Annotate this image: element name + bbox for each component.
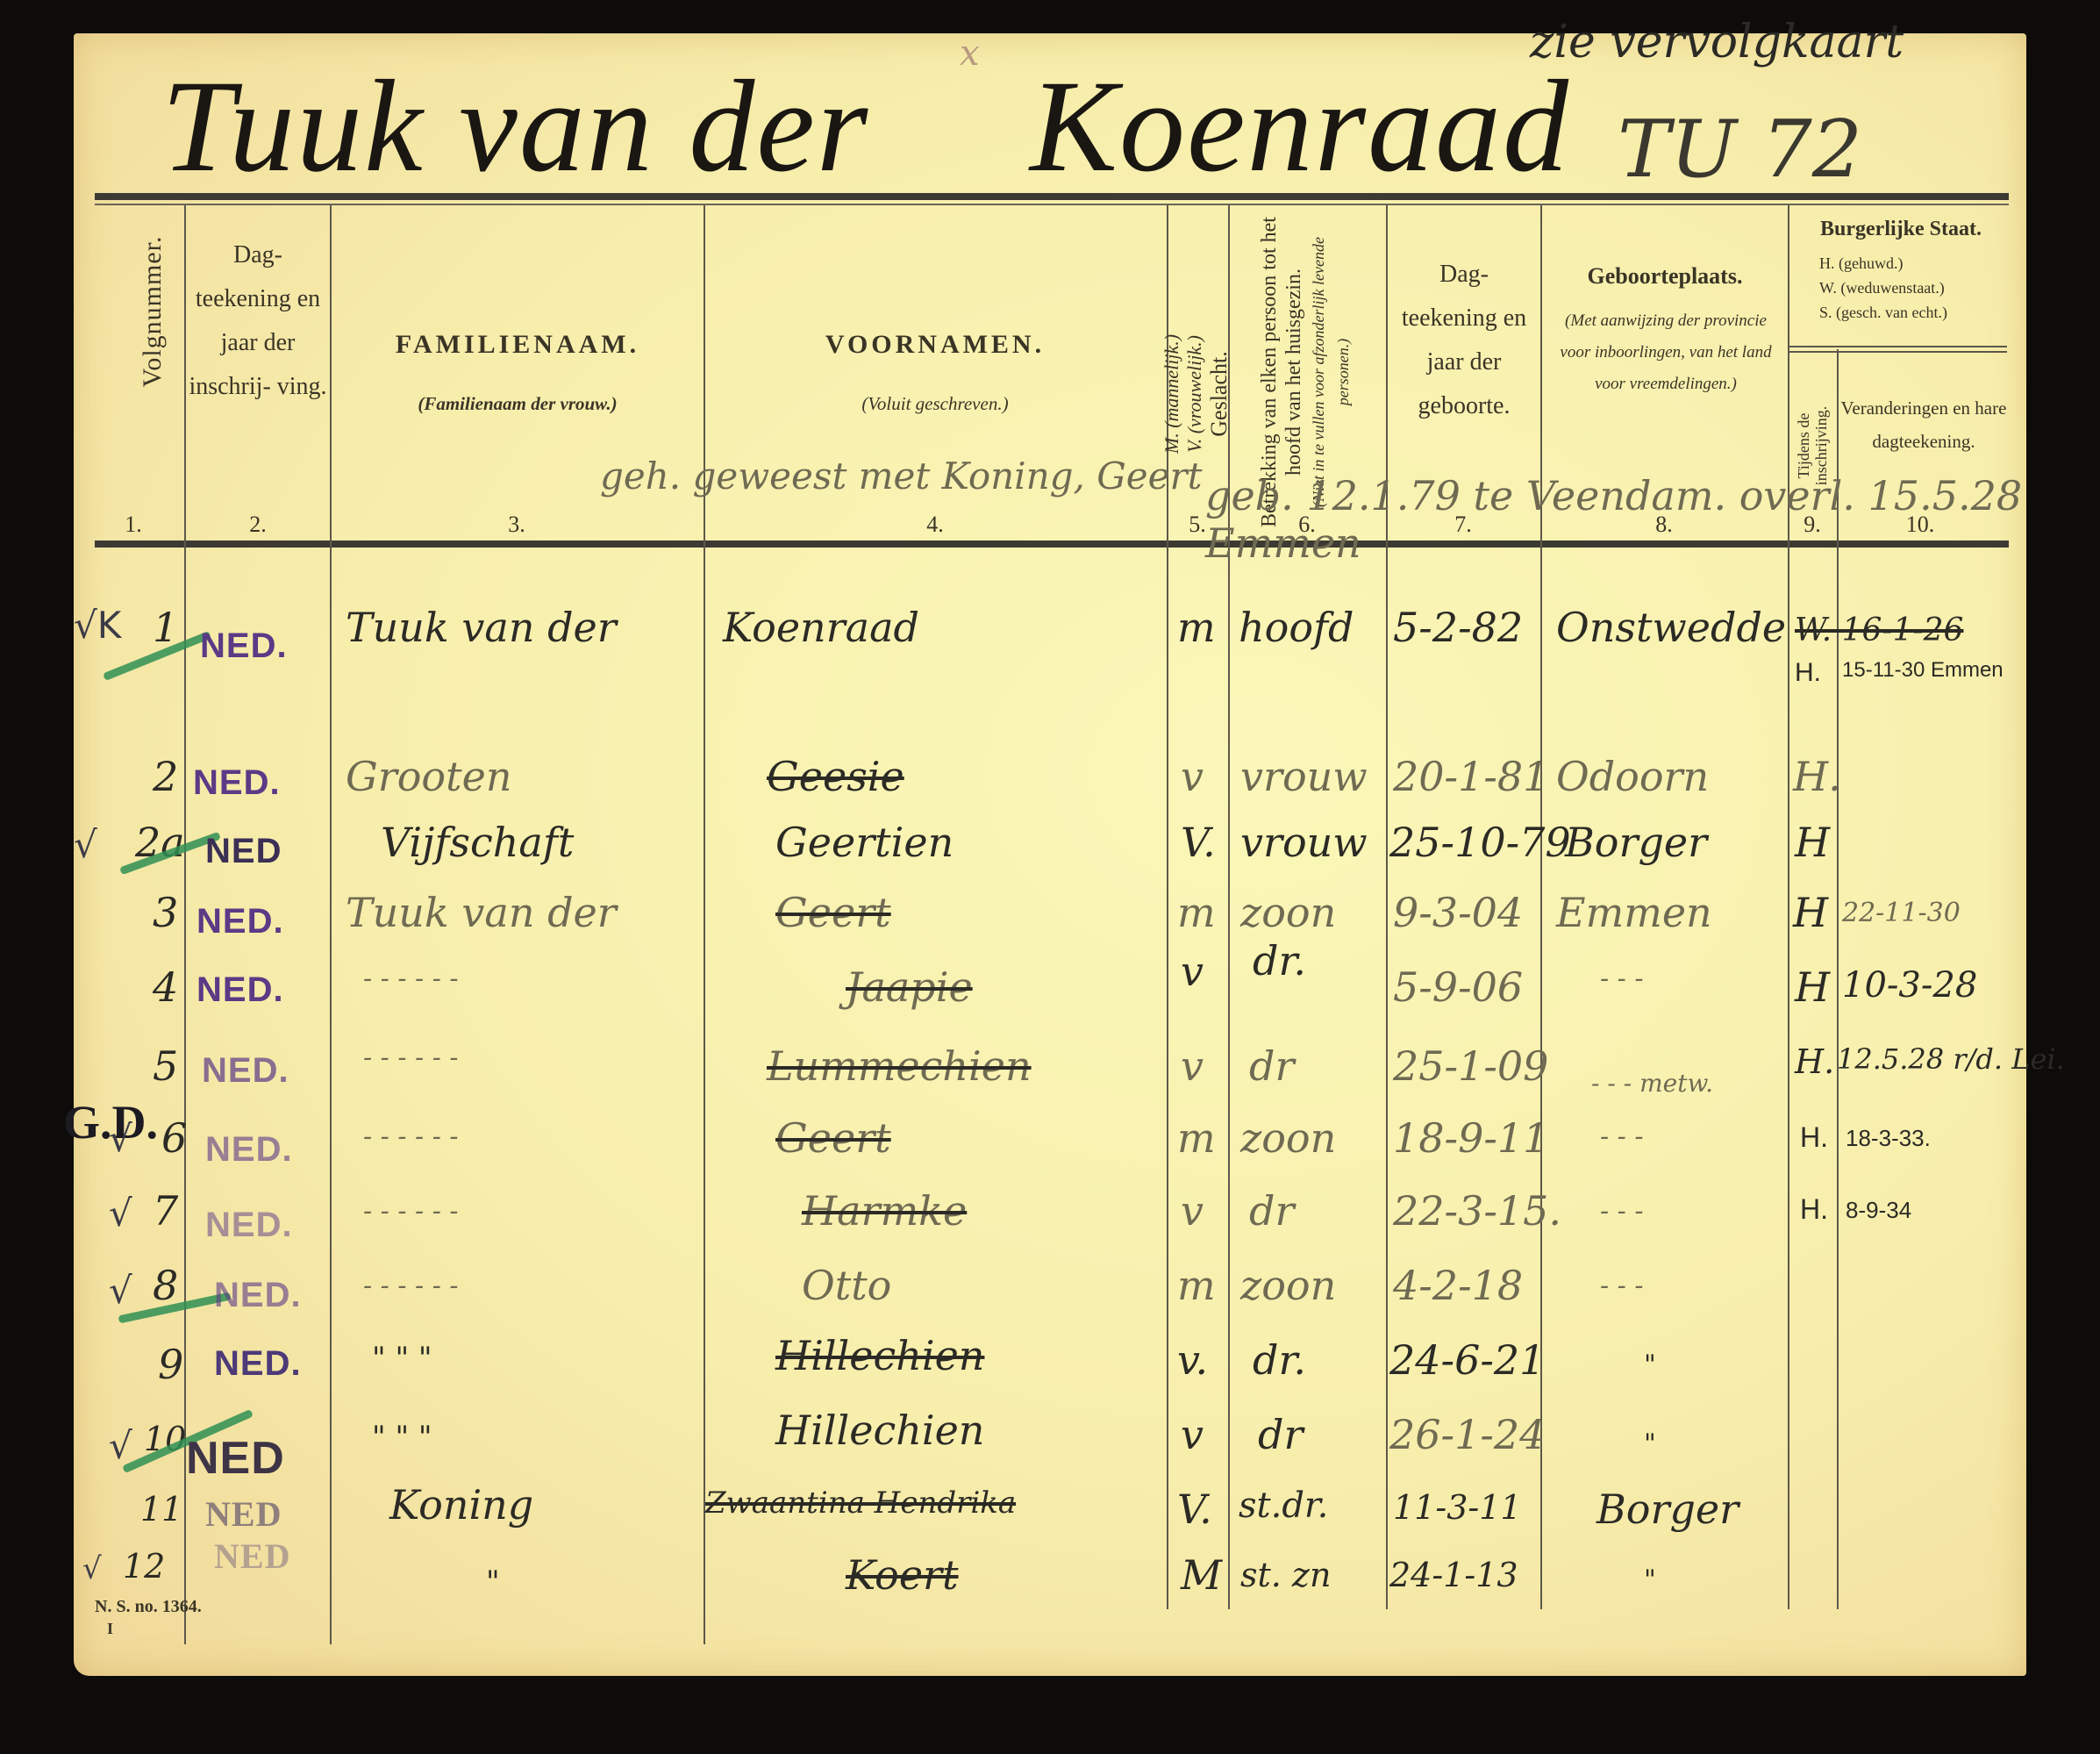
row-number: 6 [161,1114,187,1162]
sex: v [1181,1042,1204,1090]
heading-code: TU 72 [1618,104,1862,196]
header-burgerlijke-staat: Burgerlijke Staat. [1791,218,2011,241]
header-voornamen-sub: (Voluit geschreven.) [707,393,1163,415]
form-number: N. S. no. 1364. [95,1597,202,1617]
row-number: 2 [153,753,178,800]
check-mark: √K [74,604,121,647]
given-names: Otto [802,1262,891,1309]
row-number: 9 [158,1341,183,1388]
row-number: 11 [140,1490,182,1528]
sex: v. [1177,1336,1208,1384]
check-mark: √ [109,1117,132,1160]
birth-place: " [1644,1428,1656,1459]
row-number: 3 [153,889,178,936]
header-familienaam: FAMILIENAAM. [333,330,702,360]
birth-date: 20-1-81 [1393,753,1548,800]
birth-date: 25-1-09 [1393,1042,1548,1090]
birth-place: Borger [1596,1486,1739,1533]
surname: " " " [372,1420,432,1455]
given-names: Geesie [767,753,904,800]
birth-date: 11-3-11 [1393,1488,1522,1527]
relation: st.dr. [1239,1486,1328,1526]
nationality-stamp: NED [205,1493,282,1535]
civil-state: H. [1795,1042,1834,1081]
surname: Grooten [346,753,511,800]
row-number: 7 [153,1187,178,1235]
nationality-stamp: NED. [205,1130,293,1170]
heading-surname: Tuuk van der [161,51,869,202]
head-birth-note: geb. 12.1.79 te Veendam. overl. 15.5.28 … [1205,472,2026,567]
given-names: Zwaantina Hendrika [705,1486,1016,1521]
marriage-note: geh. geweest met Koning, Geert [600,455,1202,498]
given-names: Jaapie [846,963,973,1011]
row-number: 8 [153,1262,178,1309]
nationality-stamp: NED. [196,970,284,1010]
relation: dr [1249,1187,1294,1235]
col-divider-2 [330,205,332,1644]
colnum-2: 2. [249,512,267,538]
civil-state: H. [1793,753,1841,800]
header-geboorteplaats: Geboorteplaats. [1544,263,1786,290]
relation: zoon [1240,1114,1336,1162]
birth-date: 24-6-21 [1389,1336,1545,1384]
birth-place: Emmen [1556,889,1712,936]
relation: vrouw [1240,819,1368,866]
nationality-stamp: NED. [214,1276,302,1315]
check-mark: √ [82,1551,102,1586]
surname: - - - - - - [363,963,459,994]
header-geboorteplaats-sub: (Met aanwijzing der provincie voor inboo… [1556,305,1775,400]
given-names: Lummechien [767,1042,1032,1090]
top-note: zie vervolgkaart [1530,16,1904,68]
given-names: Harmke [802,1187,967,1235]
surname: - - - - - - [363,1042,459,1073]
birth-date: 4-2-18 [1393,1262,1523,1309]
sex: V. [1181,819,1216,866]
birth-date: 18-9-11 [1393,1114,1548,1162]
birth-place: Borger [1565,819,1707,866]
birth-date: 25-10-79 [1389,819,1571,866]
change-date: 22-11-30 [1842,898,1961,928]
birth-place: " [1644,1350,1656,1380]
header-dagteekening-inschrijving: Dag- teekening en jaar der inschrij- vin… [188,233,328,409]
relation: zoon [1240,1262,1336,1309]
legend-s: S. (gesch. van echt.) [1819,300,1995,325]
header-rule-top-thin [95,204,2009,205]
civil-state: H. [1795,658,1821,688]
surname: - - - - - - [363,1121,459,1152]
birth-place: Onstwedde [1556,604,1786,651]
birth-place: Odoorn [1556,753,1709,800]
relation: dr. [1253,937,1306,984]
form-sub: I [107,1620,113,1638]
row-number: 4 [153,963,178,1011]
change-date: 15-11-30 Emmen [1842,658,2004,683]
colnum-5: 5. [1189,512,1206,538]
change-date: 12.5.28 r/d. Lei. [1837,1042,2065,1076]
sex: v [1181,1411,1204,1458]
sex: M [1181,1551,1222,1599]
birth-place: - - - [1600,963,1643,994]
given-names: Geert [775,889,891,936]
header-dagteekening-geboorte: Dag- teekening en jaar der geboorte. [1389,253,1539,428]
nationality-stamp: NED. [196,902,284,941]
surname: " [486,1564,500,1600]
birth-place: " [1644,1564,1656,1595]
given-names: Geert [775,1114,891,1162]
birth-place: - - - metw. [1591,1069,1713,1098]
col-divider-3 [704,205,705,1644]
col-divider-8 [1788,205,1789,1609]
check-mark: √ [74,823,97,866]
birth-date: 9-3-04 [1393,889,1523,936]
relation: dr [1249,1042,1294,1090]
legend-w: W. (weduwenstaat.) [1819,276,1995,300]
surname: Koning [389,1481,533,1528]
birth-place: - - - [1600,1196,1643,1227]
civil-state: H [1795,819,1830,866]
sex: v [1181,753,1204,800]
nationality-stamp: NED. [202,1051,289,1091]
change-date: 8-9-34 [1846,1197,1911,1224]
birth-date: 26-1-24 [1389,1411,1545,1458]
col-divider-6 [1386,205,1388,1609]
given-names: Hillechien [775,1332,984,1379]
relation: dr [1258,1411,1303,1458]
nationality-stamp: NED. [205,1206,293,1245]
heading-firstname: Koenraad [1030,51,1570,202]
relation: st. zn [1240,1556,1331,1594]
nationality-stamp: NED [186,1432,285,1485]
nationality-stamp: NED. [214,1344,302,1384]
header-rule-top [95,193,2009,200]
relation: vrouw [1240,753,1368,800]
birth-date: 22-3-15. [1393,1187,1561,1235]
change-date: 10-3-28 [1842,965,1977,1006]
sex: V. [1177,1486,1212,1533]
surname: Tuuk van der [346,889,617,936]
header-voornamen: VOORNAMEN. [707,330,1163,360]
birth-place: - - - [1600,1271,1643,1301]
header-veranderingen: Veranderingen en hare dagteekening. [1840,391,2007,458]
surname: Vijfschaft [381,819,574,866]
given-names: Koenraad [723,604,919,651]
sex: m [1177,889,1216,936]
legend-h: H. (gehuwd.) [1819,251,1995,276]
surname: - - - - - - [363,1271,459,1301]
civil-state-change: W. 16-1-26 [1795,612,1963,648]
header-familienaam-sub: (Familienaam der vrouw.) [333,393,702,415]
colnum-1: 1. [125,512,142,538]
nationality-stamp: NED. [200,626,288,666]
check-mark: √ [109,1269,132,1312]
sex: m [1177,604,1216,651]
birth-date: 5-9-06 [1393,963,1523,1011]
burgerlijke-staat-legend: H. (gehuwd.) W. (weduwenstaat.) S. (gesc… [1819,251,1995,325]
sex: v [1181,1187,1204,1235]
relation: dr. [1253,1336,1306,1384]
sex: m [1177,1114,1216,1162]
sex: v [1181,948,1204,995]
x-mark: x [960,33,980,74]
colnum-3: 3. [508,512,525,538]
nationality-stamp: NED [205,832,282,871]
relation: hoofd [1239,604,1354,651]
civil-state: H [1795,963,1830,1011]
birth-place: - - - [1600,1121,1643,1152]
nationality-stamp: NED. [193,763,281,803]
surname: " " " [372,1341,432,1376]
check-mark: √ [109,1192,132,1235]
civil-state: H. [1800,1193,1828,1226]
civil-state: H. [1800,1121,1828,1154]
check-mark: √ [109,1424,132,1467]
sex: m [1177,1262,1216,1309]
given-names: Koert [846,1551,959,1599]
registration-card: zie vervolgkaart x Tuuk van der Koenraad… [74,33,2026,1676]
given-names: Geertien [775,819,954,866]
nationality-stamp: NED [214,1536,290,1577]
surname: - - - - - - [363,1196,459,1227]
col-divider-7 [1540,205,1542,1609]
burgerlijke-divider [1788,346,2007,353]
change-date: 18-3-33. [1846,1125,1931,1152]
birth-date: 24-1-13 [1389,1556,1518,1594]
given-names: Hillechien [775,1407,984,1454]
header-volgnummer: Volgnummer. [138,162,168,461]
civil-state: H [1793,889,1828,936]
surname: Tuuk van der [346,604,617,651]
relation: zoon [1240,889,1336,936]
row-number: 12 [123,1547,165,1586]
row-number: 5 [153,1042,178,1090]
colnum-4: 4. [926,512,944,538]
birth-date: 5-2-82 [1393,604,1523,651]
